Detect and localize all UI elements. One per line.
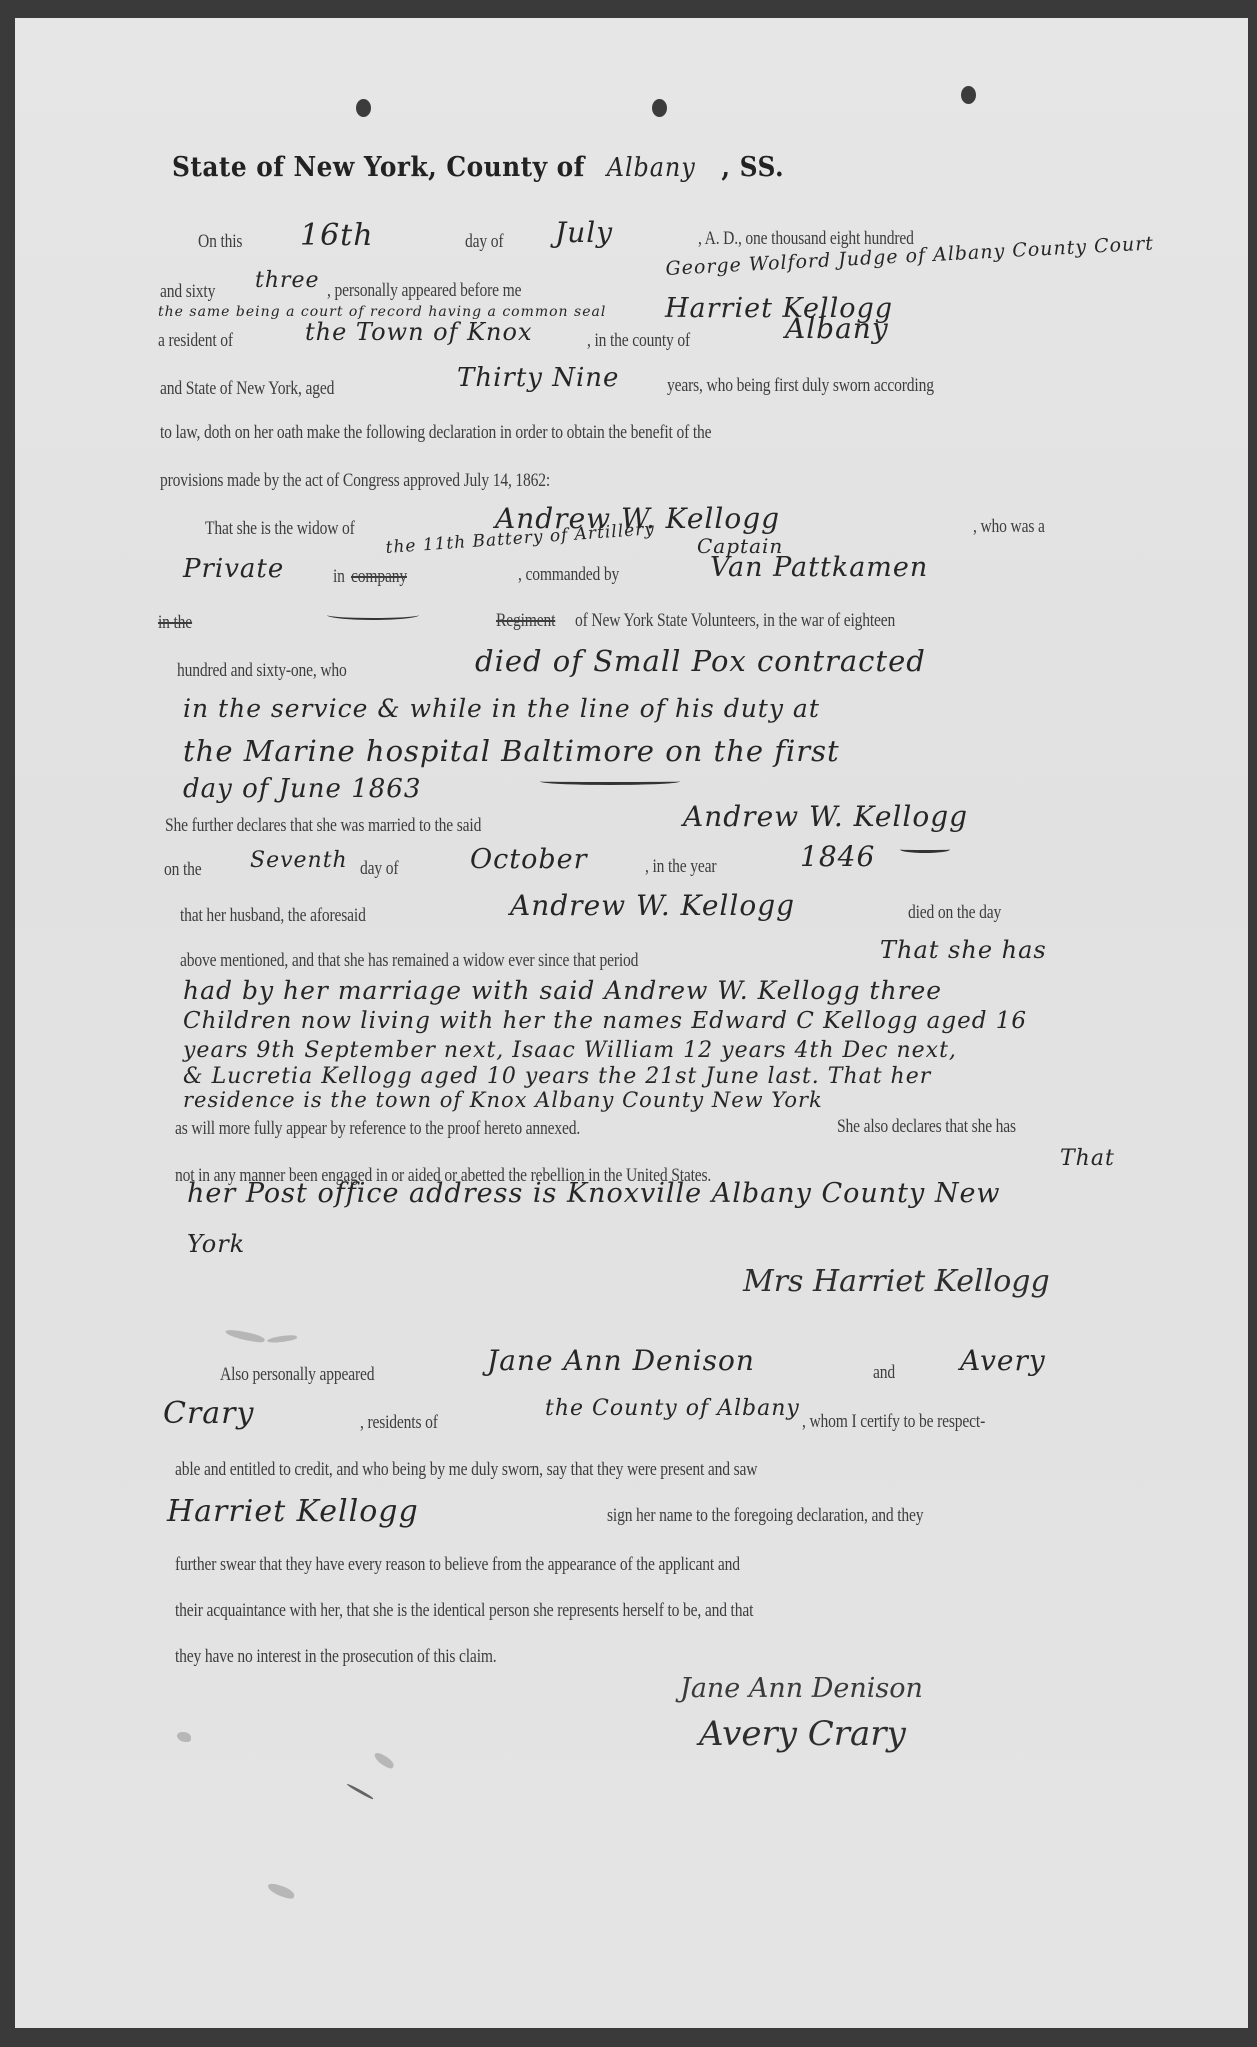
handwritten-witness-residence: the County of Albany — [545, 1396, 800, 1421]
line-in-the-year: , in the year — [645, 856, 716, 878]
line-credit: able and entitled to credit, and who bei… — [175, 1459, 757, 1481]
line-filler-squiggle — [540, 778, 680, 785]
punch-hole — [356, 99, 371, 117]
handwritten-county: Albany — [785, 312, 889, 345]
handwritten-husband-name-2: Andrew W. Kellogg — [683, 800, 968, 833]
smudge — [177, 1732, 191, 1742]
handwritten-marriage-month: October — [470, 844, 588, 875]
title-county-handwritten: Albany — [607, 153, 696, 183]
line-died-on-the-day: died on the day — [908, 902, 1001, 924]
applicant-signature: Mrs Harriet Kellogg — [743, 1264, 1050, 1299]
line-on-the: on the — [164, 859, 202, 881]
line-aforesaid: that her husband, the aforesaid — [180, 905, 366, 927]
handwritten-children-line-3: years 9th September next, Isaac William … — [183, 1038, 957, 1063]
title-ss: , SS. — [721, 152, 784, 183]
handwritten-children-line-2: Children now living with her the names E… — [183, 1008, 1027, 1034]
handwritten-death-line-2: in the service & while in the line of hi… — [183, 694, 820, 723]
line-and: and — [873, 1362, 895, 1384]
line-in: in — [333, 566, 345, 588]
handwritten-month: July — [555, 216, 613, 249]
handwritten-witness-2-last: Crary — [163, 1396, 254, 1431]
smudge — [372, 1751, 396, 1770]
line-state-aged: and State of New York, aged — [160, 378, 334, 400]
line-day-of-2: day of — [360, 858, 398, 880]
punch-hole — [961, 86, 976, 104]
handwritten-age: Thirty Nine — [457, 363, 619, 393]
handwritten-town: the Town of Knox — [305, 318, 533, 346]
struck-regiment: Regiment — [496, 610, 555, 632]
line-also-appeared: Also personally appeared — [220, 1364, 374, 1386]
handwritten-death-date: day of June 1863 — [183, 774, 421, 804]
handwritten-witness-1: Jane Ann Denison — [487, 1344, 755, 1377]
handwritten-husband-name-3: Andrew W. Kellogg — [510, 889, 795, 922]
line-filler-squiggle — [900, 846, 950, 853]
line-provisions: provisions made by the act of Congress a… — [160, 470, 550, 492]
line-oath: to law, doth on her oath make the follow… — [160, 422, 711, 444]
handwritten-commander: Van Pattkamen — [710, 552, 928, 583]
smudge — [267, 1333, 298, 1344]
line-certify: , whom I certify to be respect- — [802, 1411, 985, 1433]
document-page: State of New York, County of Albany , SS… — [15, 18, 1248, 2028]
line-day-of: day of — [465, 231, 503, 253]
handwritten-post-office: her Post office address is Knoxville Alb… — [187, 1178, 1001, 1209]
handwritten-residence: residence is the town of Knox Albany Cou… — [183, 1088, 823, 1112]
line-and-sixty: and sixty — [160, 281, 215, 303]
line-further-swear: further swear that they have every reaso… — [175, 1554, 740, 1576]
line-appeared: , personally appeared before me — [327, 280, 521, 302]
handwritten-children-line-4: & Lucretia Kellogg aged 10 years the 21s… — [183, 1064, 931, 1089]
document-title: State of New York, County of Albany , SS… — [172, 152, 784, 183]
handwritten-york: York — [187, 1230, 245, 1258]
line-who-was: , who was a — [973, 516, 1045, 538]
handwritten-marriage-year: 1846 — [800, 840, 875, 873]
blank-squiggle — [327, 610, 419, 620]
witness-1-signature: Jane Ann Denison — [680, 1673, 923, 1704]
line-no-interest: they have no interest in the prosecution… — [175, 1646, 497, 1668]
handwritten-year-word: three — [255, 268, 320, 293]
handwritten-cause-of-death: died of Small Pox contracted — [475, 644, 926, 678]
line-sign-name: sign her name to the foregoing declarati… — [607, 1505, 923, 1527]
handwritten-children-intro: That she has — [880, 936, 1047, 964]
handwritten-applicant-name-2: Harriet Kellogg — [167, 1494, 419, 1529]
handwritten-children-line-1: had by her marriage with said Andrew W. … — [183, 976, 942, 1005]
line-commanded-by: , commanded by — [518, 564, 619, 586]
handwritten-witness-2-first: Avery — [960, 1344, 1046, 1377]
line-date-label: On this — [198, 231, 242, 253]
line-in-county: , in the county of — [587, 330, 690, 352]
line-remained-widow: above mentioned, and that she has remain… — [180, 950, 638, 972]
struck-company: company — [351, 566, 407, 588]
smudge — [346, 1783, 374, 1800]
line-residents-of: , residents of — [360, 1412, 438, 1434]
struck-in-the: in the — [158, 612, 192, 634]
handwritten-marriage-day: Seventh — [250, 848, 348, 873]
title-printed: State of New York, County of — [172, 152, 585, 183]
witness-2-signature: Avery Crary — [699, 1714, 906, 1754]
line-sworn: years, who being first duly sworn accord… — [667, 375, 934, 397]
handwritten-day: 16th — [300, 218, 374, 253]
line-ny-volunteers: of New York State Volunteers, in the war… — [575, 610, 895, 632]
smudge — [225, 1329, 266, 1344]
handwritten-that: That — [1060, 1146, 1115, 1171]
line-resident-of: a resident of — [158, 330, 233, 352]
smudge — [266, 1882, 296, 1900]
punch-hole — [652, 99, 667, 117]
line-acquaintance: their acquaintance with her, that she is… — [175, 1600, 753, 1622]
handwritten-death-line-3: the Marine hospital Baltimore on the fir… — [183, 734, 840, 768]
line-widow-of: That she is the widow of — [205, 518, 355, 540]
handwritten-rank: Private — [183, 554, 284, 584]
line-who: hundred and sixty-one, who — [177, 660, 347, 682]
line-proof-annexed: as will more fully appear by reference t… — [175, 1118, 580, 1140]
line-married: She further declares that she was marrie… — [165, 815, 481, 837]
line-also-declares: She also declares that she has — [837, 1116, 1016, 1138]
